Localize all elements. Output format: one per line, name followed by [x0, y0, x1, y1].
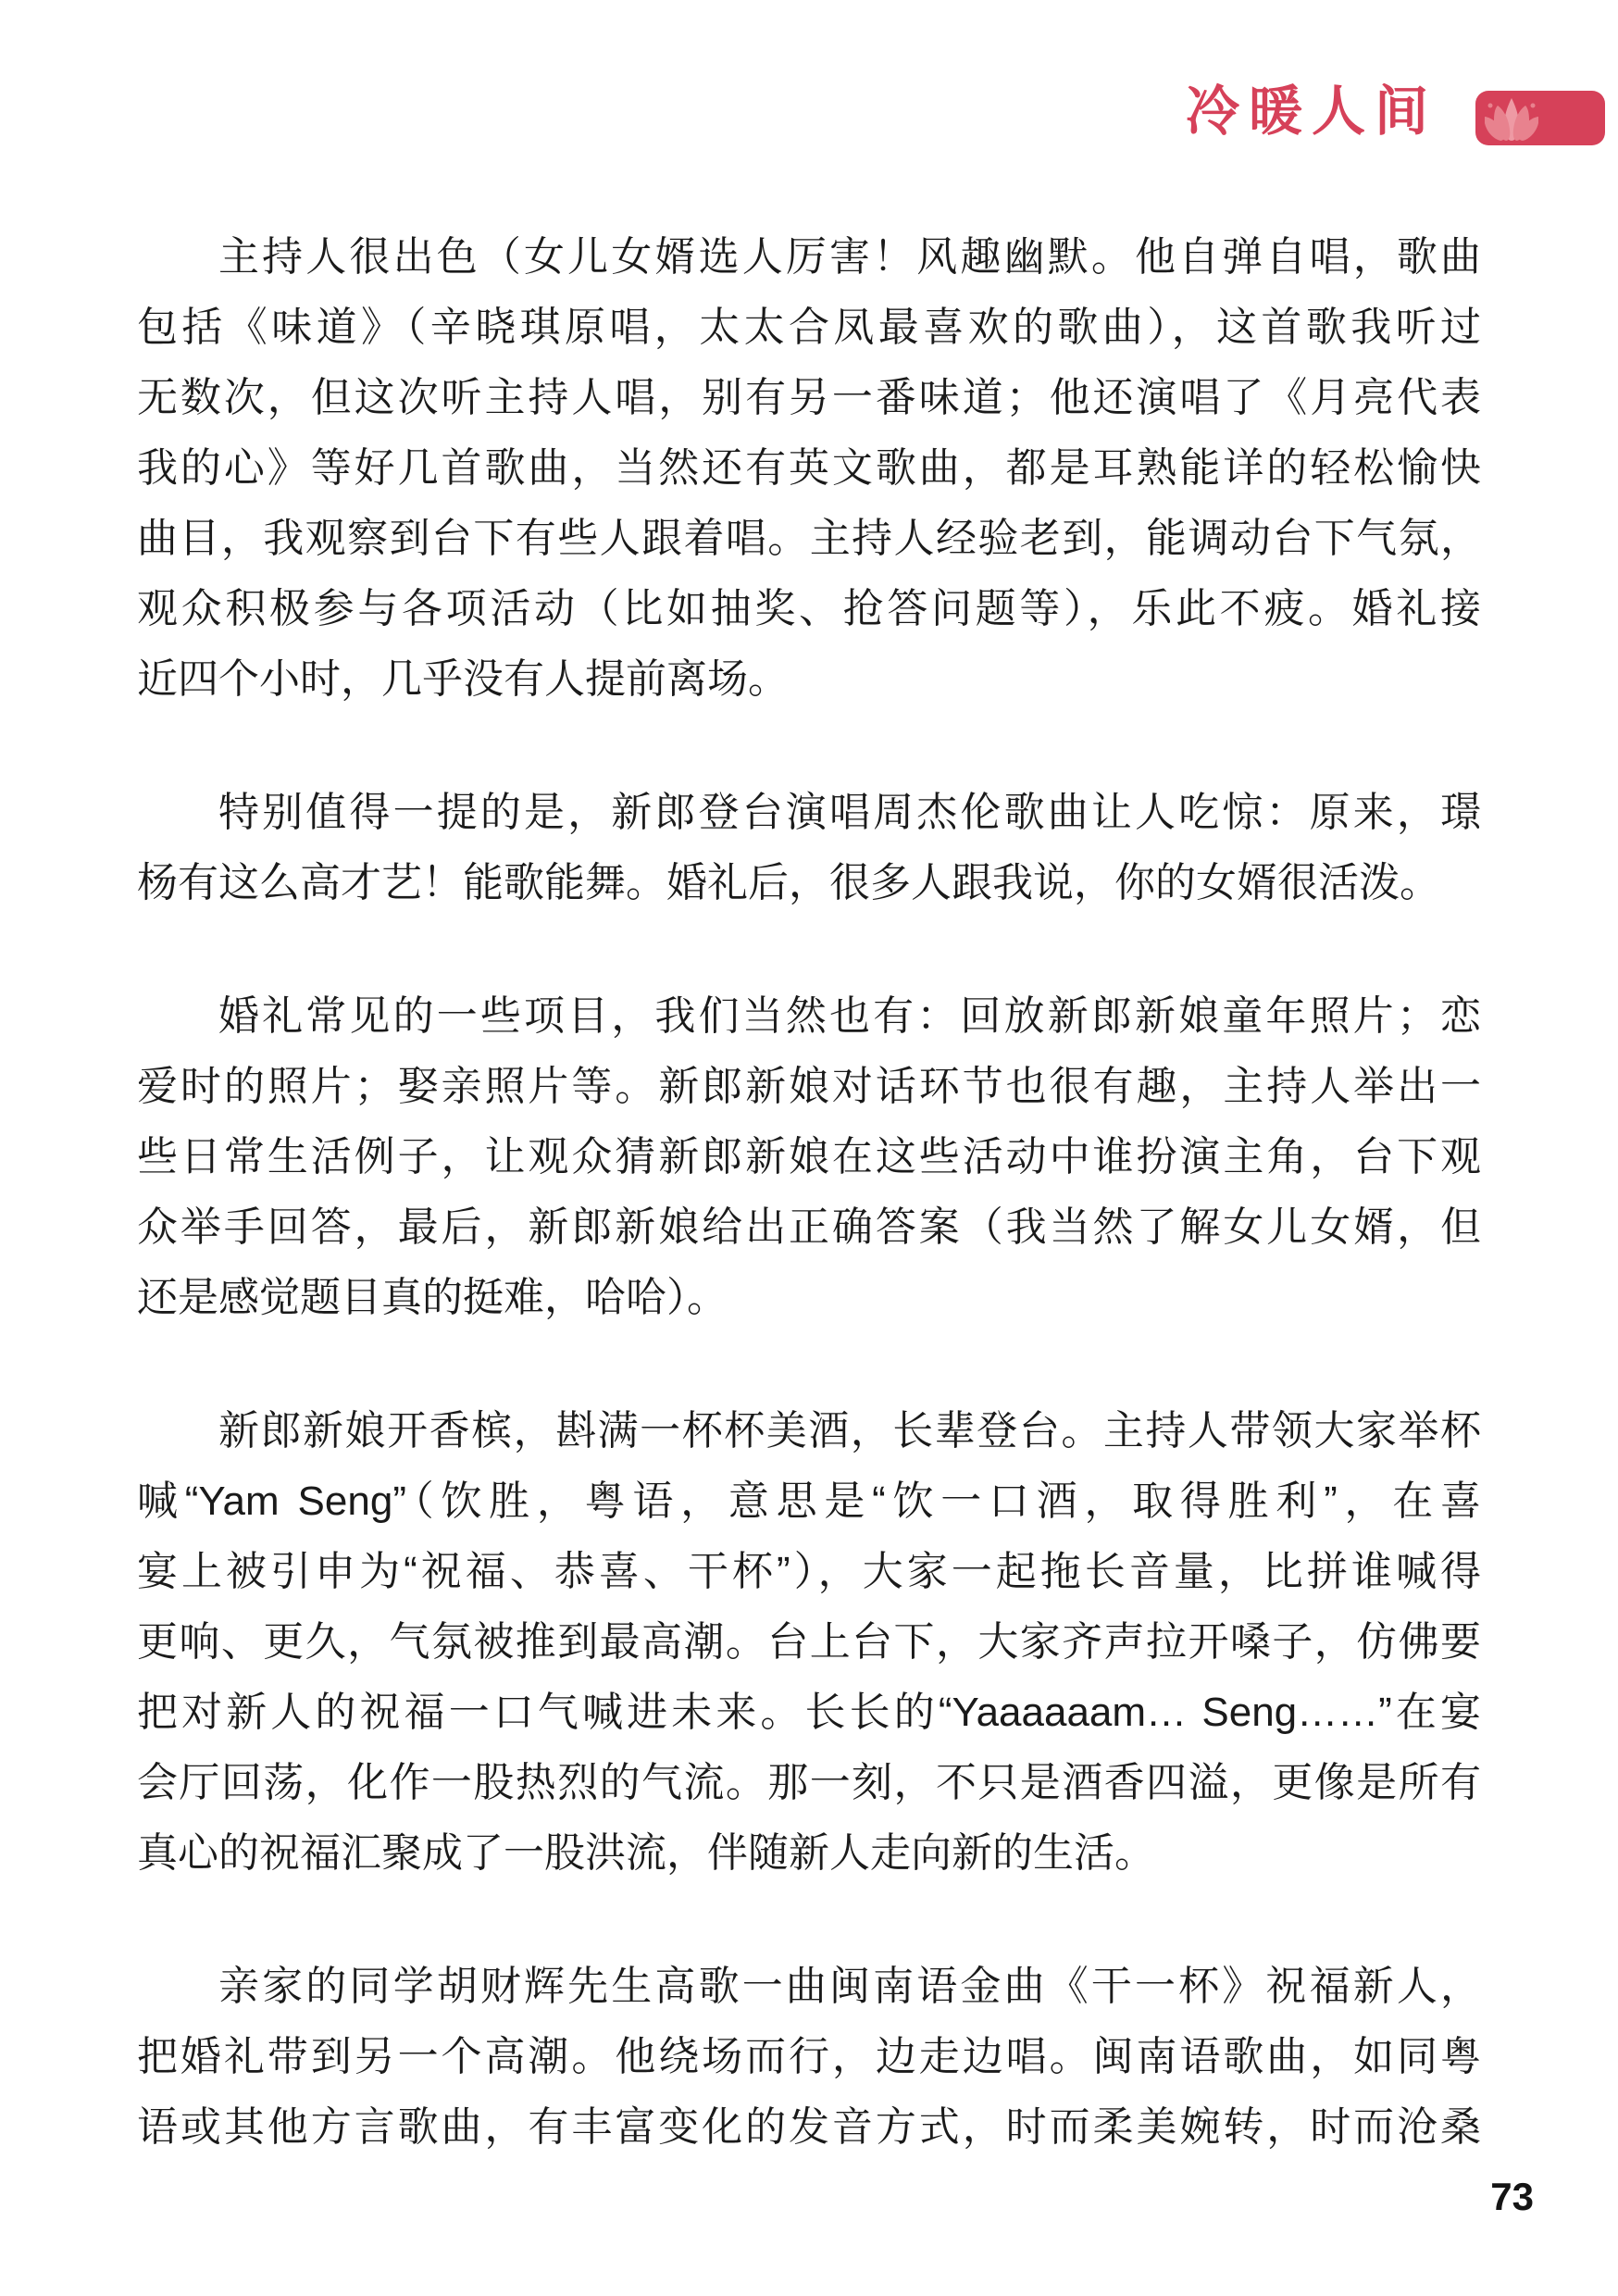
paragraph: 婚礼常见的一些项目，我们当然也有：回放新郎新娘童年照片；恋爱时的照片；娶亲照片等… [137, 981, 1481, 1333]
text-line: 还是感觉题目真的挺难，哈哈）。 [137, 1263, 1481, 1333]
text-line: 无数次，但这次听主持人唱，别有另一番味道；他还演唱了《月亮代表 [137, 363, 1481, 433]
text-line: 把婚礼带到另一个高潮。他绕场而行，边走边唱。闽南语歌曲，如同粤 [137, 2022, 1481, 2092]
text-line: 杨有这么高才艺！能歌能舞。婚礼后，很多人跟我说，你的女婿很活泼。 [137, 848, 1481, 918]
text-line: 婚礼常见的一些项目，我们当然也有：回放新郎新娘童年照片；恋 [137, 981, 1481, 1052]
text-line: 主持人很出色（女儿女婿选人厉害！风趣幽默。他自弹自唱，歌曲 [137, 222, 1481, 293]
paragraph: 主持人很出色（女儿女婿选人厉害！风趣幽默。他自弹自唱，歌曲包括《味道》（辛晓琪原… [137, 222, 1481, 715]
page-number: 73 [1490, 2177, 1534, 2216]
text-line: 特别值得一提的是，新郎登台演唱周杰伦歌曲让人吃惊：原来，璟 [137, 778, 1481, 848]
text-line: 语或其他方言歌曲，有丰富变化的发音方式，时而柔美婉转，时而沧桑 [137, 2092, 1481, 2163]
lotus-icon [1475, 94, 1542, 143]
magazine-page: 冷暖人间 主持人很出色（女儿女婿 [0, 0, 1618, 2296]
lotus-badge [1475, 91, 1605, 145]
text-line: 更响、更久，气氛被推到最高潮。台上台下，大家齐声拉开嗓子，仿佛要 [137, 1607, 1481, 1678]
text-line: 我的心》等好几首歌曲，当然还有英文歌曲，都是耳熟能详的轻松愉快 [137, 433, 1481, 504]
text-line: 会厅回荡，化作一股热烈的气流。那一刻，不只是酒香四溢，更像是所有 [137, 1748, 1481, 1818]
text-line: 众举手回答，最后，新郎新娘给出正确答案（我当然了解女儿女婿，但 [137, 1192, 1481, 1263]
text-line: 些日常生活例子，让观众猜新郎新娘在这些活动中谁扮演主角，台下观 [137, 1122, 1481, 1192]
text-line: 宴上被引申为“祝福、恭喜、干杯”），大家一起拖长音量，比拼谁喊得 [137, 1537, 1481, 1607]
paragraph: 新郎新娘开香槟，斟满一杯杯美酒，长辈登台。主持人带领大家举杯喊“Yam Seng… [137, 1396, 1481, 1889]
text-line: 亲家的同学胡财辉先生高歌一曲闽南语金曲《干一杯》祝福新人， [137, 1952, 1481, 2022]
text-line: 新郎新娘开香槟，斟满一杯杯美酒，长辈登台。主持人带领大家举杯 [137, 1396, 1481, 1466]
text-line: 观众积极参与各项活动（比如抽奖、抢答问题等），乐此不疲。婚礼接 [137, 574, 1481, 644]
text-line: 喊“Yam Seng”（饮胜，粤语，意思是“饮一口酒，取得胜利”，在喜 [137, 1466, 1481, 1537]
paragraph: 特别值得一提的是，新郎登台演唱周杰伦歌曲让人吃惊：原来，璟杨有这么高才艺！能歌能… [137, 778, 1481, 918]
paragraph: 亲家的同学胡财辉先生高歌一曲闽南语金曲《干一杯》祝福新人，把婚礼带到另一个高潮。… [137, 1952, 1481, 2163]
text-line: 真心的祝福汇聚成了一股洪流，伴随新人走向新的生活。 [137, 1818, 1481, 1889]
text-line: 包括《味道》（辛晓琪原唱，太太合凤最喜欢的歌曲），这首歌我听过 [137, 293, 1481, 363]
text-line: 近四个小时，几乎没有人提前离场。 [137, 644, 1481, 715]
article-body: 主持人很出色（女儿女婿选人厉害！风趣幽默。他自弹自唱，歌曲包括《味道》（辛晓琪原… [137, 222, 1481, 2163]
page-title: 冷暖人间 [1186, 85, 1438, 139]
text-line: 曲目，我观察到台下有些人跟着唱。主持人经验老到，能调动台下气氛， [137, 504, 1481, 574]
text-line: 把对新人的祝福一口气喊进未来。长长的“Yaaaaaam… Seng……”在宴 [137, 1678, 1481, 1748]
text-line: 爱时的照片；娶亲照片等。新郎新娘对话环节也很有趣，主持人举出一 [137, 1052, 1481, 1122]
